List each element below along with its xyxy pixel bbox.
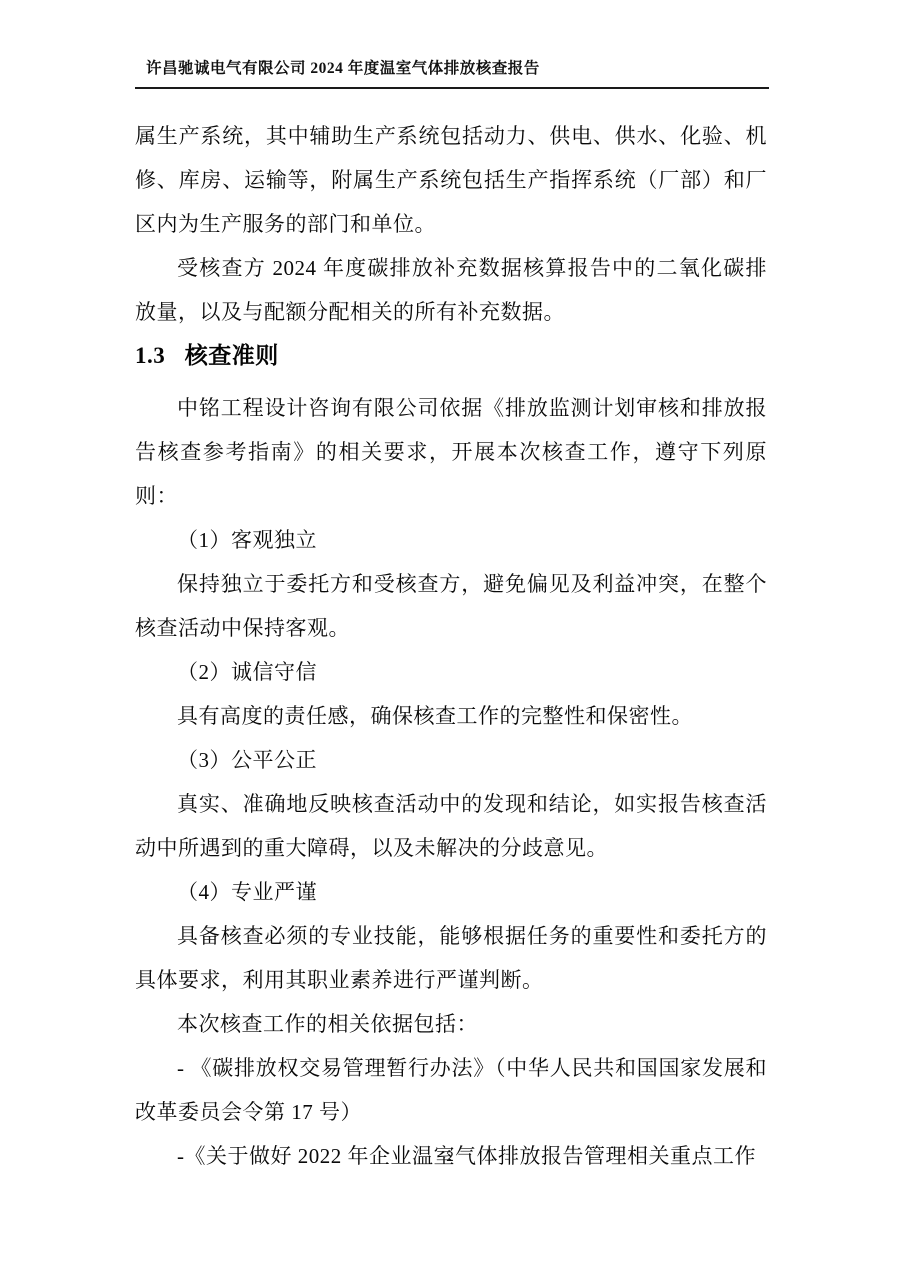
paragraph: 具有高度的责任感，确保核查工作的完整性和保密性。 xyxy=(135,694,767,738)
section-heading-number: 1.3 xyxy=(135,343,165,368)
document-page: 许昌驰诚电气有限公司 2024 年度温室气体排放核查报告 属生产系统，其中辅助生… xyxy=(0,0,900,1273)
page-header-title: 许昌驰诚电气有限公司 2024 年度温室气体排放核查报告 xyxy=(135,58,769,80)
paragraph: 属生产系统，其中辅助生产系统包括动力、供电、供水、化验、机修、库房、运输等，附属… xyxy=(135,114,767,246)
page-header: 许昌驰诚电气有限公司 2024 年度温室气体排放核查报告 xyxy=(135,58,769,89)
paragraph: （2）诚信守信 xyxy=(135,650,767,694)
paragraph: 真实、准确地反映核查活动中的发现和结论，如实报告核查活动中所遇到的重大障碍，以及… xyxy=(135,782,767,870)
paragraph: （3）公平公正 xyxy=(135,738,767,782)
paragraph: 本次核查工作的相关依据包括： xyxy=(135,1002,767,1046)
paragraph: 具备核查必须的专业技能，能够根据任务的重要性和委托方的具体要求，利用其职业素养进… xyxy=(135,914,767,1002)
paragraph: 受核查方 2024 年度碳排放补充数据核算报告中的二氧化碳排放量，以及与配额分配… xyxy=(135,246,767,334)
header-divider xyxy=(135,87,769,89)
paragraph: 保持独立于委托方和受核查方，避免偏见及利益冲突，在整个核查活动中保持客观。 xyxy=(135,562,767,650)
section-heading: 1.3核查准则 xyxy=(135,334,767,378)
page-footer: 2 xyxy=(0,1146,900,1168)
paragraph: 中铭工程设计咨询有限公司依据《排放监测计划审核和排放报告核查参考指南》的相关要求… xyxy=(135,386,767,518)
document-body: 属生产系统，其中辅助生产系统包括动力、供电、供水、化验、机修、库房、运输等，附属… xyxy=(135,114,767,1178)
paragraph: （4）专业严谨 xyxy=(135,870,767,914)
paragraph: （1）客观独立 xyxy=(135,518,767,562)
section-heading-title: 核查准则 xyxy=(185,343,279,368)
page-number: 2 xyxy=(446,1149,454,1165)
paragraph: - 《碳排放权交易管理暂行办法》（中华人民共和国国家发展和改革委员会令第 17 … xyxy=(135,1046,767,1134)
